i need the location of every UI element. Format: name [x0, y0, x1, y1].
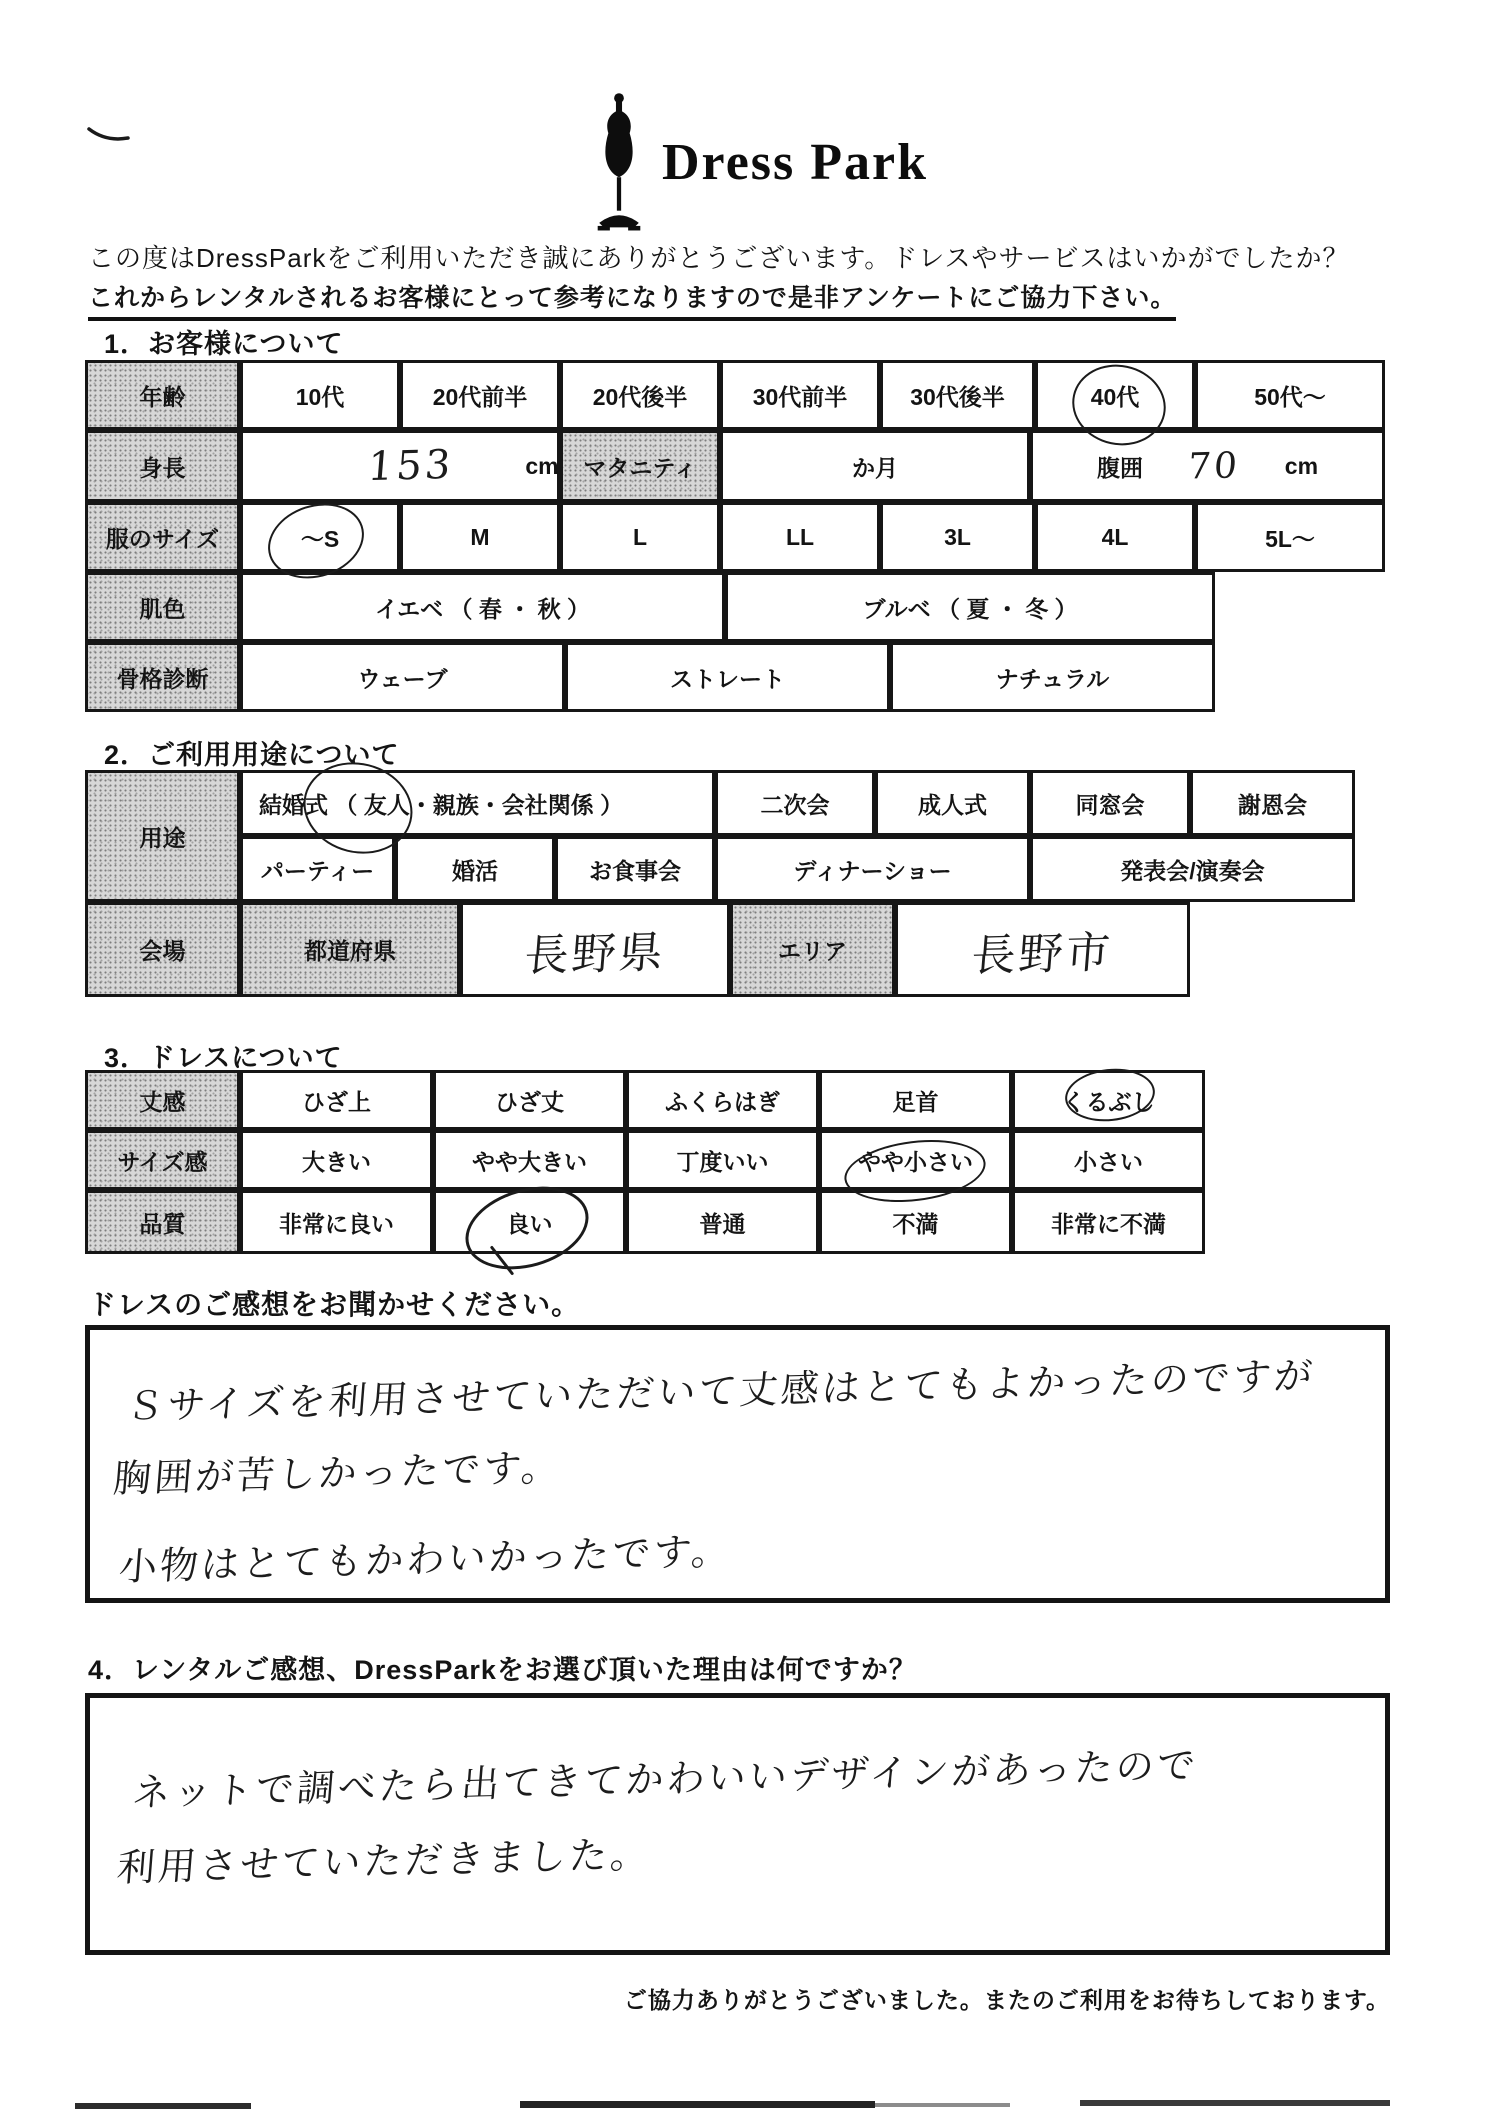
height-value-cell: 153 cm [240, 430, 560, 502]
fit-option-small: 小さい [1012, 1130, 1205, 1190]
quality-option-good-text: 良い [507, 1206, 553, 1239]
height-row: 身長 153 cm マタニティ か月 腹囲 70 cm [85, 430, 1385, 502]
usage-top-rows: 用途 結婚式 （ 友人・親族・会社関係 ） 二次会 成人式 同窓会 謝恩会 パー… [85, 770, 1355, 902]
quality-option-very-unsatisfied: 非常に不満 [1012, 1190, 1205, 1254]
rental-feedback-box: ネットで調べたら出てきてかわいいデザインがあったので 利用させていただきました。 [85, 1693, 1390, 1955]
size-option-ll: LL [720, 502, 880, 572]
dress-feedback-box: Ｓサイズを利用させていただいて丈感はとてもよかったのですが 胸囲が苦しかったです… [85, 1325, 1390, 1603]
prefecture-handwritten-value: 長野県 [522, 916, 668, 984]
length-row: 丈感 ひざ上 ひざ丈 ふくらはぎ 足首 くるぶし [85, 1070, 1205, 1130]
purpose-option-dinner: お食事会 [555, 836, 715, 902]
age-option-10s: 10代 [240, 360, 400, 430]
purpose-option-wedding-text: 結婚式 （ 友人・親族・会社関係 ） [259, 787, 623, 820]
size-option-5l: 5L～ [1195, 502, 1385, 572]
scan-artifact-line-1 [75, 2103, 251, 2109]
length-row-label: 丈感 [85, 1070, 240, 1130]
prefecture-value-cell: 長野県 [460, 902, 730, 997]
size-option-s-selected: ～S [240, 502, 400, 572]
fit-option-just-right: 丁度いい [626, 1130, 819, 1190]
waist-cell: 腹囲 70 cm [1030, 430, 1385, 502]
quality-option-good-selected: 良い [433, 1190, 626, 1254]
scan-artifact-line-2 [520, 2101, 875, 2108]
age-option-40s-text: 40代 [1091, 379, 1140, 412]
fit-option-large: 大きい [240, 1130, 433, 1190]
dress-form-icon [588, 92, 650, 232]
rental-feedback-line-1: ネットで調べたら出てきてかわいいデザインがあったので [131, 1734, 1201, 1817]
length-option-ankle: 足首 [819, 1070, 1012, 1130]
fit-option-slightly-large: やや大きい [433, 1130, 626, 1190]
frame-option-natural: ナチュラル [890, 642, 1215, 712]
scan-artifact-line-3 [875, 2103, 1010, 2107]
purpose-row-2: パーティー 婚活 お食事会 ディナーショー 発表会/演奏会 [240, 836, 1355, 902]
quality-row-label: 品質 [85, 1190, 240, 1254]
selection-circle-tail [490, 1245, 515, 1275]
dress-feedback-line-3: 小物はとてもかわいかったです。 [117, 1520, 735, 1591]
quality-option-normal: 普通 [626, 1190, 819, 1254]
length-option-knee: ひざ丈 [433, 1070, 626, 1130]
section-2-title: 2．ご利用用途について [104, 733, 399, 772]
size-option-m: M [400, 502, 560, 572]
fit-row: サイズ感 大きい やや大きい 丁度いい やや小さい 小さい [85, 1130, 1205, 1190]
usage-table: 用途 結婚式 （ 友人・親族・会社関係 ） 二次会 成人式 同窓会 謝恩会 パー… [85, 770, 1355, 997]
section-4-title: 4．レンタルご感想、DressParkをお選び頂いた理由は何ですか？ [88, 1648, 917, 1687]
purpose-option-thanks-party: 謝恩会 [1190, 770, 1355, 836]
purpose-row-label: 用途 [85, 770, 240, 902]
size-option-4l: 4L [1035, 502, 1195, 572]
purpose-option-recital: 発表会/演奏会 [1030, 836, 1355, 902]
length-option-anklebone-selected: くるぶし [1012, 1070, 1205, 1130]
survey-request-text: これからレンタルされるお客様にとって参考になりますので是非アンケートにご協力下さ… [88, 278, 1176, 321]
scan-artifact-line-4 [1080, 2100, 1390, 2106]
frame-option-straight: ストレート [565, 642, 890, 712]
age-option-late30s: 30代後半 [880, 360, 1035, 430]
brand-logo: Dress Park [588, 92, 928, 232]
height-handwritten-value: 153 [366, 442, 455, 490]
area-value-cell: 長野市 [895, 902, 1190, 997]
dress-table: 丈感 ひざ上 ひざ丈 ふくらはぎ 足首 くるぶし サイズ感 大きい やや大きい … [85, 1070, 1205, 1254]
age-option-early30s: 30代前半 [720, 360, 880, 430]
skin-option-yellow-base: イエベ （ 春 ・ 秋 ） [240, 572, 725, 642]
size-row-label: 服のサイズ [85, 502, 240, 572]
venue-row-label: 会場 [85, 902, 240, 997]
length-option-above-knee: ひざ上 [240, 1070, 433, 1130]
age-row: 年齢 10代 20代前半 20代後半 30代前半 30代後半 40代 50代～ [85, 360, 1385, 430]
dress-feedback-line-1: Ｓサイズを利用させていただいて丈感はとてもよかったのですが [124, 1344, 1317, 1430]
venue-row: 会場 都道府県 長野県 エリア 長野市 [85, 902, 1355, 997]
area-handwritten-value: 長野市 [969, 916, 1115, 984]
height-row-label: 身長 [85, 430, 240, 502]
quality-row: 品質 非常に良い 良い 普通 不満 非常に不満 [85, 1190, 1205, 1254]
brand-text: Dress Park [662, 133, 928, 192]
size-option-s-text: ～S [301, 521, 339, 554]
waist-label: 腹囲 [1097, 450, 1143, 483]
dress-feedback-line-2: 胸囲が苦しかったです。 [111, 1436, 564, 1503]
purpose-option-afterparty: 二次会 [715, 770, 875, 836]
height-unit: cm [525, 453, 558, 480]
intro-text: この度はDressParkをご利用いただき誠にありがとうございます。ドレスやサー… [88, 238, 1350, 275]
rental-feedback-line-2: 利用させていただきました。 [115, 1823, 654, 1892]
purpose-option-party: パーティー [240, 836, 395, 902]
frame-row-label: 骨格診断 [85, 642, 240, 712]
scanned-survey-page: Dress Park この度はDressParkをご利用いただき誠にありがとうご… [0, 0, 1500, 2127]
age-option-early20s: 20代前半 [400, 360, 560, 430]
purpose-option-konkatsu: 婚活 [395, 836, 555, 902]
size-option-l: L [560, 502, 720, 572]
purpose-row-1: 結婚式 （ 友人・親族・会社関係 ） 二次会 成人式 同窓会 謝恩会 [240, 770, 1355, 836]
quality-option-unsatisfied: 不満 [819, 1190, 1012, 1254]
maternity-label-cell: マタニティ [560, 430, 720, 502]
quality-option-very-good: 非常に良い [240, 1190, 433, 1254]
length-option-anklebone-text: くるぶし [1063, 1084, 1155, 1117]
fit-row-label: サイズ感 [85, 1130, 240, 1190]
skin-row: 肌色 イエベ （ 春 ・ 秋 ） ブルベ （ 夏 ・ 冬 ） [85, 572, 1385, 642]
pen-stroke-mark [86, 126, 132, 150]
skin-row-label: 肌色 [85, 572, 240, 642]
waist-unit: cm [1285, 453, 1318, 480]
purpose-option-dinner-show: ディナーショー [715, 836, 1030, 902]
size-option-3l: 3L [880, 502, 1035, 572]
waist-handwritten-value: 70 [1186, 445, 1241, 487]
purpose-option-wedding-selected: 結婚式 （ 友人・親族・会社関係 ） [240, 770, 715, 836]
prefecture-label-cell: 都道府県 [240, 902, 460, 997]
customer-table: 年齢 10代 20代前半 20代後半 30代前半 30代後半 40代 50代～ … [85, 360, 1385, 712]
fit-option-slightly-small-selected: やや小さい [819, 1130, 1012, 1190]
area-label-cell: エリア [730, 902, 895, 997]
dress-feedback-prompt: ドレスのご感想をお聞かせください。 [88, 1283, 580, 1323]
closing-text: ご協力ありがとうございました。またのご利用をお待ちしております。 [85, 1982, 1390, 2015]
length-option-calf: ふくらはぎ [626, 1070, 819, 1130]
purpose-option-coming-of-age: 成人式 [875, 770, 1030, 836]
age-option-50s: 50代～ [1195, 360, 1385, 430]
fit-option-slightly-small-text: やや小さい [858, 1144, 973, 1177]
frame-row: 骨格診断 ウェーブ ストレート ナチュラル [85, 642, 1385, 712]
purpose-option-reunion: 同窓会 [1030, 770, 1190, 836]
age-row-label: 年齢 [85, 360, 240, 430]
maternity-months-cell: か月 [720, 430, 1030, 502]
section-1-title: 1．お客様について [104, 322, 343, 361]
size-row: 服のサイズ ～S M L LL 3L 4L 5L～ [85, 502, 1385, 572]
frame-option-wave: ウェーブ [240, 642, 565, 712]
age-option-40s-selected: 40代 [1035, 360, 1195, 430]
skin-option-blue-base: ブルベ （ 夏 ・ 冬 ） [725, 572, 1215, 642]
age-option-late20s: 20代後半 [560, 360, 720, 430]
